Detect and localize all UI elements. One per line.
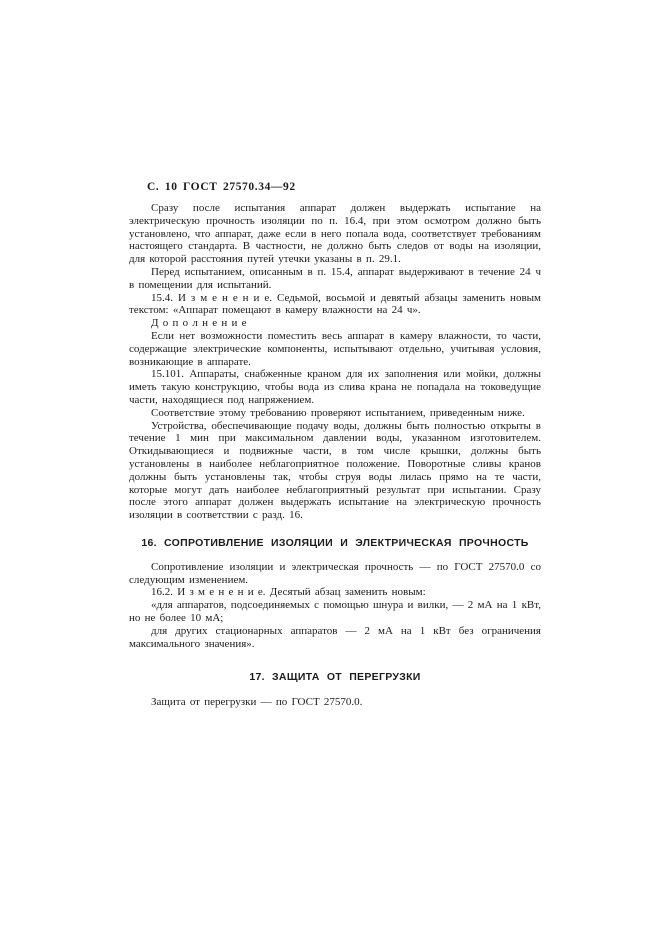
paragraph-9: 16.2. И з м е н е н и е. Десятый абзац з… — [129, 586, 541, 599]
paragraph-8: Сопротивление изоляции и электрическая п… — [129, 561, 541, 587]
paragraph-7: Устройства, обеспечивающие подачу воды, … — [129, 420, 541, 522]
page-header: С. 10 ГОСТ 27570.34—92 — [147, 181, 296, 193]
section-heading-16: 16. СОПРОТИВЛЕНИЕ ИЗОЛЯЦИИ И ЭЛЕКТРИЧЕСК… — [129, 537, 541, 550]
paragraph-12: Защита от перегрузки — по ГОСТ 27570.0. — [129, 696, 541, 709]
paragraph-3: 15.4. И з м е н е н и е. Седьмой, восьмо… — [129, 292, 541, 318]
paragraph-10: «для аппаратов, подсоединяемых с помощью… — [129, 599, 541, 625]
document-content: Сразу после испытания аппарат должен выд… — [129, 202, 541, 709]
section-heading-17: 17. ЗАЩИТА ОТ ПЕРЕГРУЗКИ — [129, 671, 541, 684]
paragraph-4: Если нет возможности поместить весь аппа… — [129, 330, 541, 368]
paragraph-5: 15.101. Аппараты, снабженные краном для … — [129, 368, 541, 406]
paragraph-1: Сразу после испытания аппарат должен выд… — [129, 202, 541, 266]
paragraph-11: для других стационарных аппаратов — 2 мА… — [129, 625, 541, 651]
paragraph-2: Перед испытанием, описанным в п. 15.4, а… — [129, 266, 541, 292]
supplement-term: Д о п о л н е н и е — [129, 317, 541, 330]
paragraph-6: Соответствие этому требованию проверяют … — [129, 407, 541, 420]
document-page: С. 10 ГОСТ 27570.34—92 Сразу после испыт… — [0, 0, 661, 935]
